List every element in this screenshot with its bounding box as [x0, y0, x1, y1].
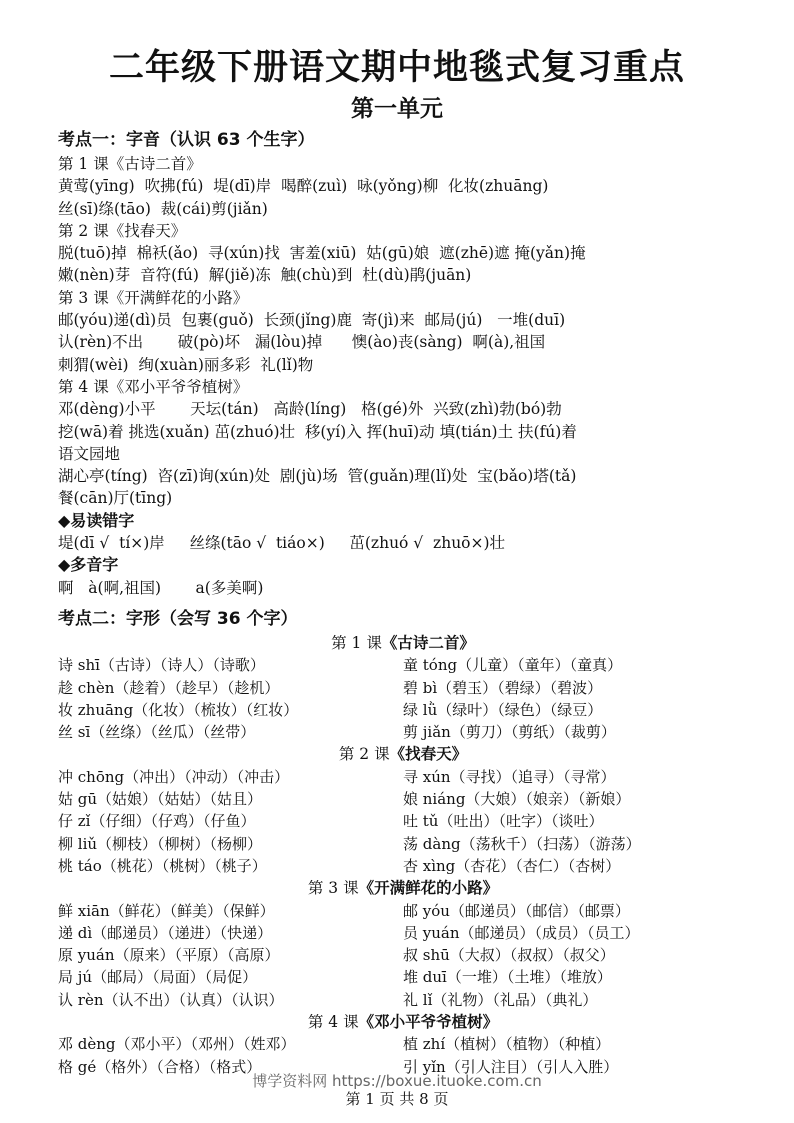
text-line: 语文园地	[58, 443, 748, 465]
misread-heading: ◆易读错字	[58, 510, 748, 532]
text-line: 挖(wā)着 挑选(xuǎn) 茁(zhuó)壮 移(yí)入 挥(huī)动 …	[58, 421, 748, 443]
pronunciation-section: 第 1 课《古诗二首》 黄莺(yīng) 吹拂(fú) 堤(dī)岸 喝醉(zu…	[58, 153, 748, 599]
polyphone-heading: ◆多音字	[58, 554, 748, 576]
lesson-heading: 第 3 课《开满鲜花的小路》	[58, 877, 748, 899]
polyphone-line: 啊 à(啊,祖国) a(多美啊)	[58, 577, 748, 599]
writing-section: 第 1 课《古诗二首》 诗 shī（古诗）（诗人）（诗歌）趁 chèn（趁着）（…	[58, 632, 748, 1078]
text-line: 丝(sī)绦(tāo) 裁(cái)剪(jiǎn)	[58, 198, 748, 220]
lesson-heading: 第 4 课《邓小平爷爷植树》	[58, 1011, 748, 1033]
kaodian-2-heading: 考点二：字形（会写 36 个字）	[58, 604, 298, 629]
page-number: 第 1 页 共 8 页	[0, 1088, 794, 1109]
lesson-3-left: 鲜 xiān（鲜花）（鲜美）（保鲜）递 dì（邮递员）（递进）（快递）原 yuá…	[58, 900, 403, 1011]
text-line: 第 3 课《开满鲜花的小路》	[58, 287, 748, 309]
text-line: 餐(cān)厅(tīng)	[58, 487, 748, 509]
lesson-3-right: 邮 yóu（邮递员）（邮信）（邮票）员 yuán（邮递员）（成员）（员工）叔 s…	[403, 900, 748, 1011]
unit-heading: 第一单元	[0, 90, 794, 123]
text-line: 刺猬(wèi) 绚(xuàn)丽多彩 礼(lǐ)物	[58, 354, 748, 376]
misread-line: 堤(dī √ tí×)岸 丝绦(tāo √ tiáo×) 茁(zhuó √ zh…	[58, 532, 748, 554]
lesson-2-right: 寻 xún（寻找）（追寻）（寻常）娘 niáng（大娘）（娘亲）（新娘）吐 tǔ…	[403, 766, 748, 877]
text-line: 第 4 课《邓小平爷爷植树》	[58, 376, 748, 398]
text-line: 第 2 课《找春天》	[58, 220, 748, 242]
text-line: 第 1 课《古诗二首》	[58, 153, 748, 175]
text-line: 湖心亭(tíng) 咨(zī)询(xún)处 剧(jù)场 管(guǎn)理(l…	[58, 465, 748, 487]
lesson-1-right: 童 tóng（儿童）（童年）（童真）碧 bì（碧玉）（碧绿）（碧波）绿 lǜ（绿…	[403, 654, 748, 743]
document-title: 二年级下册语文期中地毯式复习重点	[0, 40, 794, 90]
text-line: 黄莺(yīng) 吹拂(fú) 堤(dī)岸 喝醉(zuì) 咏(yǒng)柳 …	[58, 175, 748, 197]
lesson-heading: 第 1 课《古诗二首》	[58, 632, 748, 654]
text-line: 嫩(nèn)芽 音符(fú) 解(jiě)冻 触(chù)到 杜(dù)鹃(ju…	[58, 264, 748, 286]
text-line: 认(rèn)不出 破(pò)坏 漏(lòu)掉 懊(ào)丧(sàng) 啊(à…	[58, 331, 748, 353]
lesson-2-left: 冲 chōng（冲出）（冲动）（冲击）姑 gū（姑娘）（姑姑）（姑且）仔 zǐ（…	[58, 766, 403, 877]
text-line: 邮(yóu)递(dì)员 包裹(guǒ) 长颈(jǐng)鹿 寄(jì)来 邮局…	[58, 309, 748, 331]
kaodian-1-heading: 考点一：字音（认识 63 个生字）	[58, 125, 315, 150]
text-line: 脱(tuō)掉 棉袄(ǎo) 寻(xún)找 害羞(xiū) 姑(gū)娘 遮(…	[58, 242, 748, 264]
lesson-heading: 第 2 课《找春天》	[58, 743, 748, 765]
text-line: 邓(dèng)小平 天坛(tán) 高龄(líng) 格(gé)外 兴致(zhì…	[58, 398, 748, 420]
lesson-1-left: 诗 shī（古诗）（诗人）（诗歌）趁 chèn（趁着）（趁早）（趁机）妆 zhu…	[58, 654, 403, 743]
